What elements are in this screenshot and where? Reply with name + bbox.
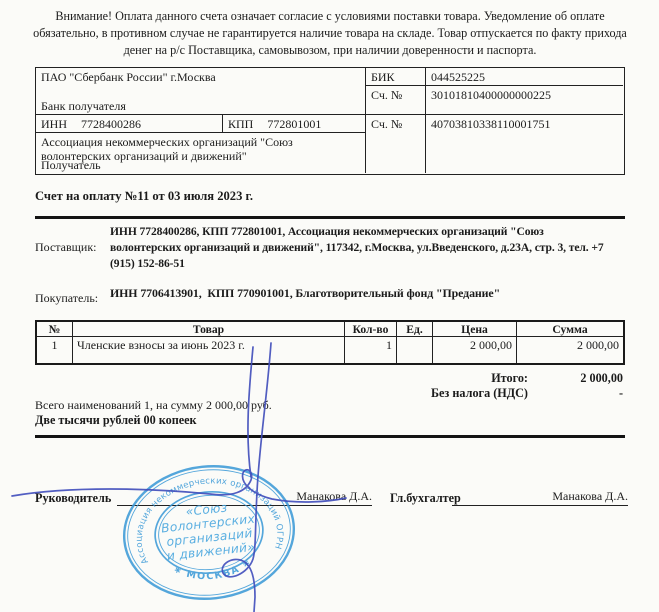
recipient-cell: Ассоциация некоммерческих организаций "С… [36,133,366,173]
inn-label: ИНН [41,117,67,131]
divider-line-bottom [35,435,625,438]
organization-stamp: Ассоциация некоммерческих организаций ОГ… [103,453,315,612]
item-num: 1 [37,337,73,363]
payment-warning-note: Внимание! Оплата данного счета означает … [28,8,632,59]
col-header-name: Товар [73,322,345,337]
supplier-line-3: (915) 152-86-51 [110,256,655,272]
invoice-title: Счет на оплату №11 от 03 июля 2023 г. [35,189,253,204]
col-header-unit: Ед. [397,322,433,337]
item-unit [397,337,433,363]
bank-name-cell: ПАО "Сбербанк России" г.Москва Банк полу… [36,68,366,115]
col-header-price: Цена [433,322,517,337]
item-qty: 1 [345,337,397,363]
bik-label: БИК [366,68,426,86]
director-label: Руководитель [35,491,111,506]
supplier-label: Поставщик: [35,240,97,255]
accountant-label: Гл.бухгалтер [390,491,461,506]
divider-line-top [35,216,625,219]
kpp-label: КПП [228,117,253,131]
inn-cell: ИНН7728400286 [36,115,223,133]
accountant-name: Манакова Д.А. [552,489,628,504]
accountant-signature-line: Манакова Д.А. [452,479,628,506]
supplier-line-2: волонтерских организаций и движений", 11… [110,240,655,256]
corr-account-value: 30101810400000000225 [426,86,623,115]
total-value: 2 000,00 [480,371,623,386]
col-header-num: № [37,322,73,337]
corr-account-label: Сч. № [366,86,426,115]
col-header-qty: Кол-во [345,322,397,337]
item-name: Членские взносы за июнь 2023 г. [73,337,345,363]
supplier-details: ИНН 7728400286, КПП 772801001, Ассоциаци… [110,224,655,272]
col-header-sum: Сумма [517,322,623,337]
recipient-sublabel: Получатель [41,158,101,172]
bank-name: ПАО "Сбербанк России" г.Москва [41,70,360,84]
kpp-cell: КПП772801001 [223,115,366,133]
account-value: 40703810338110001751 [426,115,623,173]
inn-value: 7728400286 [81,117,141,131]
items-header-row: № Товар Кол-во Ед. Цена Сумма [37,322,623,337]
kpp-value: 772801001 [267,117,321,131]
supplier-line-1: ИНН 7728400286, КПП 772801001, Ассоциаци… [110,224,655,240]
bank-requisites-table: ПАО "Сбербанк России" г.Москва Банк полу… [35,67,625,175]
summary-line: Всего наименований 1, на сумму 2 000,00 … [35,398,272,413]
item-sum: 2 000,00 [517,337,623,363]
buyer-details: ИНН 7706413901, КПП 770901001, Благотвор… [110,285,655,301]
account-label: Сч. № [366,115,426,173]
table-row: 1 Членские взносы за июнь 2023 г. 1 2 00… [37,337,623,363]
item-price: 2 000,00 [433,337,517,363]
invoice-scan-page: { "header_note": "Внимание! Оплата данно… [0,0,659,612]
amount-in-words: Две тысячи рублей 00 копеек [35,413,197,428]
vat-value: - [480,386,623,401]
buyer-label: Покупатель: [35,291,98,306]
bank-sublabel: Банк получателя [41,99,126,113]
items-table: № Товар Кол-во Ед. Цена Сумма 1 Членские… [35,320,625,365]
bik-value: 044525225 [426,68,623,86]
